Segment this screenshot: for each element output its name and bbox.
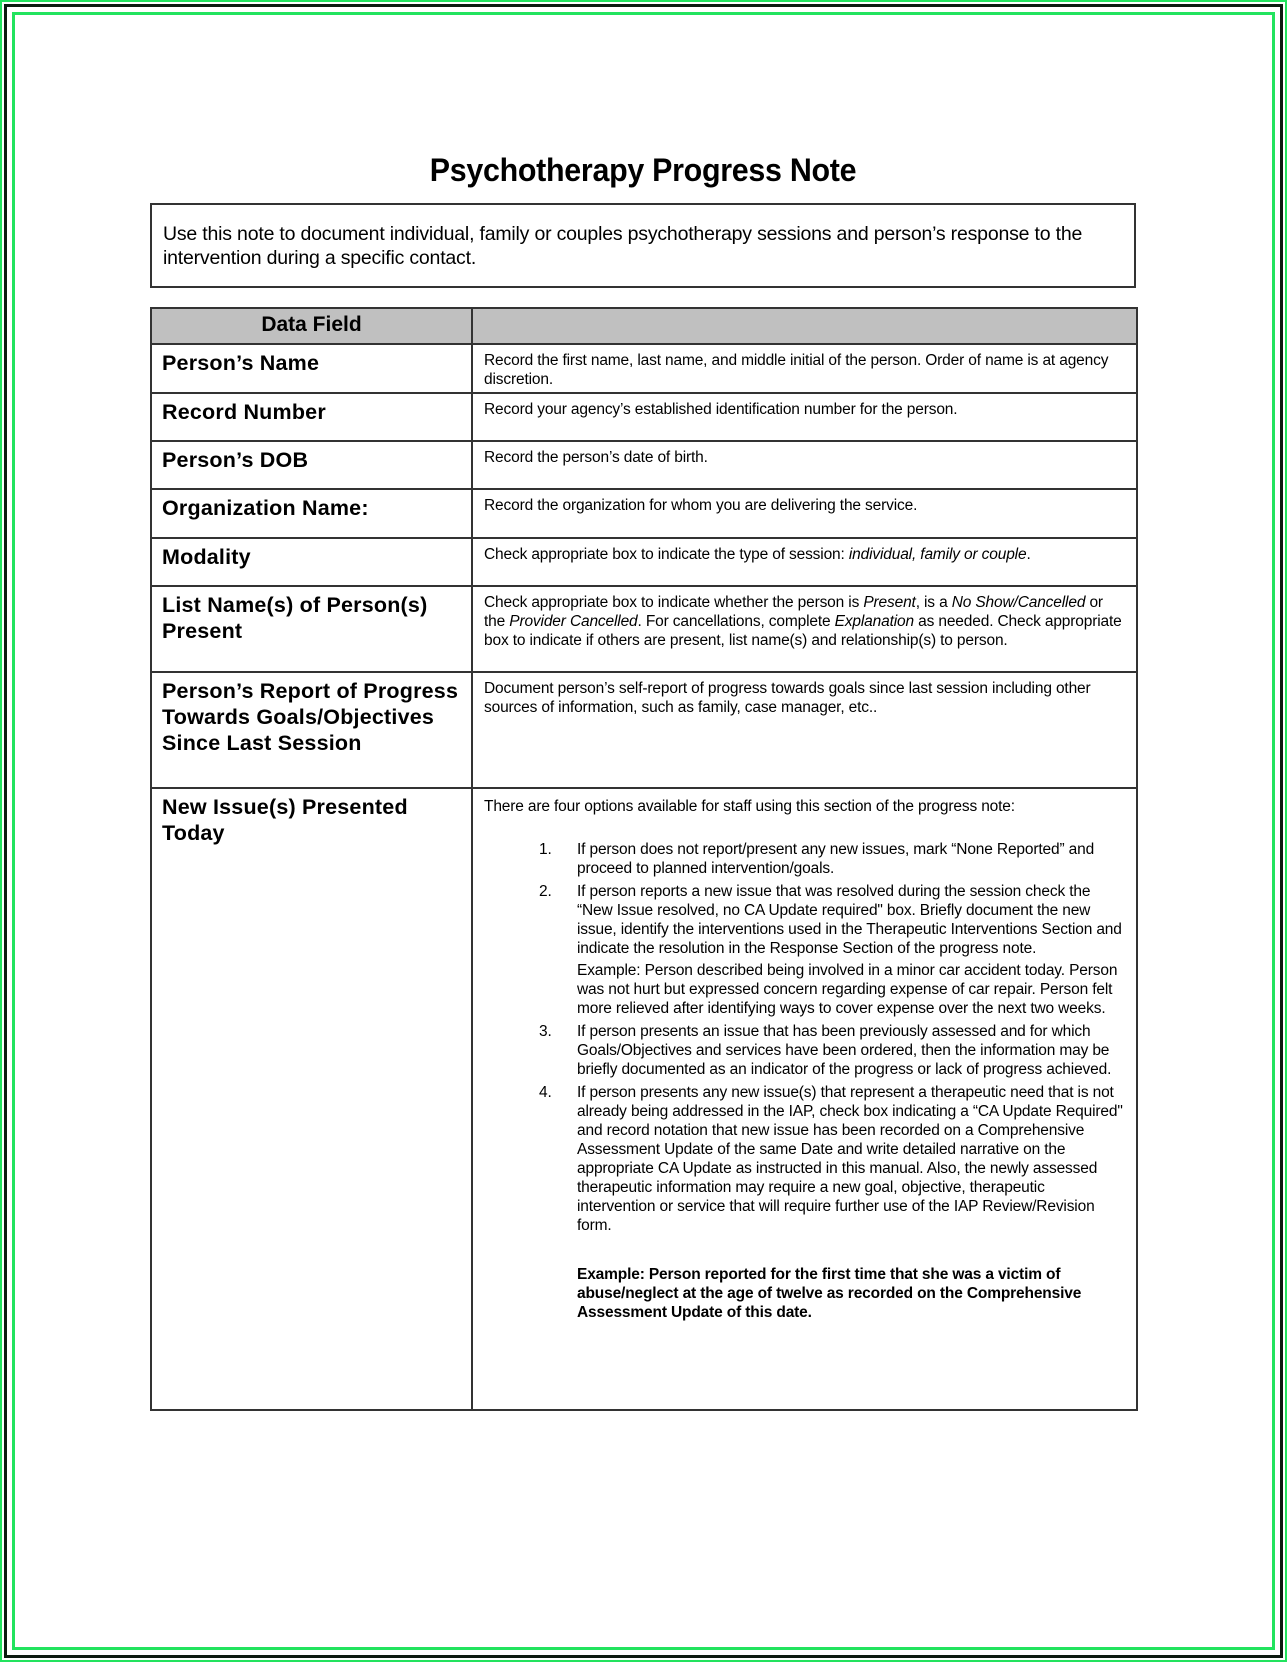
field-label: Organization Name:: [151, 489, 472, 538]
item-number: 4.: [539, 1083, 552, 1102]
options-lead: There are four options available for sta…: [484, 797, 1126, 816]
item-text: If person reports a new issue that was r…: [577, 883, 1122, 957]
field-description: Document person’s self-report of progres…: [472, 672, 1137, 788]
table-row: Record Number Record your agency’s estab…: [151, 393, 1137, 441]
field-description: Record the first name, last name, and mi…: [472, 344, 1137, 393]
field-label: Person’s Report of Progress Towards Goal…: [151, 672, 472, 788]
page-title: Psychotherapy Progress Note: [175, 152, 1112, 189]
desc-text: .: [1026, 546, 1030, 563]
desc-italic: individual, family or couple: [849, 546, 1027, 563]
table-row: Person’s DOB Record the person’s date of…: [151, 441, 1137, 489]
bold-example-text: Example: Person reported for the first t…: [484, 1265, 1126, 1322]
table-header-row: Data Field: [151, 308, 1137, 344]
list-item: 1. If person does not report/present any…: [484, 840, 1126, 878]
desc-italic: Provider Cancelled: [509, 613, 637, 630]
item-number: 2.: [539, 882, 552, 901]
header-description: [472, 308, 1137, 344]
field-label: List Name(s) of Person(s) Present: [151, 586, 472, 672]
table-row: Person’s Report of Progress Towards Goal…: [151, 672, 1137, 788]
list-item: 3. If person presents an issue that has …: [484, 1022, 1126, 1079]
table-row: New Issue(s) Presented Today There are f…: [151, 788, 1137, 1410]
example-text: Example: Person described being involved…: [577, 961, 1126, 1018]
field-description: Check appropriate box to indicate the ty…: [472, 538, 1137, 586]
field-label: New Issue(s) Presented Today: [151, 788, 472, 1410]
header-data-field: Data Field: [151, 308, 472, 344]
field-description: Record your agency’s established identif…: [472, 393, 1137, 441]
item-text: If person does not report/present any ne…: [577, 841, 1094, 877]
desc-text: , is a: [916, 594, 952, 611]
table-row: Organization Name: Record the organizati…: [151, 489, 1137, 538]
item-number: 1.: [539, 840, 552, 859]
field-label: Person’s DOB: [151, 441, 472, 489]
table-row: List Name(s) of Person(s) Present Check …: [151, 586, 1137, 672]
desc-text: Check appropriate box to indicate whethe…: [484, 594, 863, 611]
field-label: Modality: [151, 538, 472, 586]
field-label: Record Number: [151, 393, 472, 441]
field-description: There are four options available for sta…: [472, 788, 1137, 1410]
desc-italic: Present: [863, 594, 915, 611]
item-text: If person presents any new issue(s) that…: [577, 1084, 1123, 1234]
field-description: Record the person’s date of birth.: [472, 441, 1137, 489]
data-field-table: Data Field Person’s Name Record the firs…: [150, 307, 1138, 1411]
field-label: Person’s Name: [151, 344, 472, 393]
options-list: 1. If person does not report/present any…: [484, 840, 1126, 1235]
desc-text: . For cancellations, complete: [638, 613, 835, 630]
desc-text: Check appropriate box to indicate the ty…: [484, 546, 849, 563]
intro-box: Use this note to document individual, fa…: [150, 203, 1136, 288]
desc-italic: Explanation: [835, 613, 914, 630]
desc-italic: No Show/Cancelled: [952, 594, 1086, 611]
table-row: Modality Check appropriate box to indica…: [151, 538, 1137, 586]
table-row: Person’s Name Record the first name, las…: [151, 344, 1137, 393]
field-description: Check appropriate box to indicate whethe…: [472, 586, 1137, 672]
field-description: Record the organization for whom you are…: [472, 489, 1137, 538]
item-text: If person presents an issue that has bee…: [577, 1023, 1111, 1078]
list-item: 2. If person reports a new issue that wa…: [484, 882, 1126, 1018]
list-item: 4. If person presents any new issue(s) t…: [484, 1083, 1126, 1235]
item-number: 3.: [539, 1022, 552, 1041]
